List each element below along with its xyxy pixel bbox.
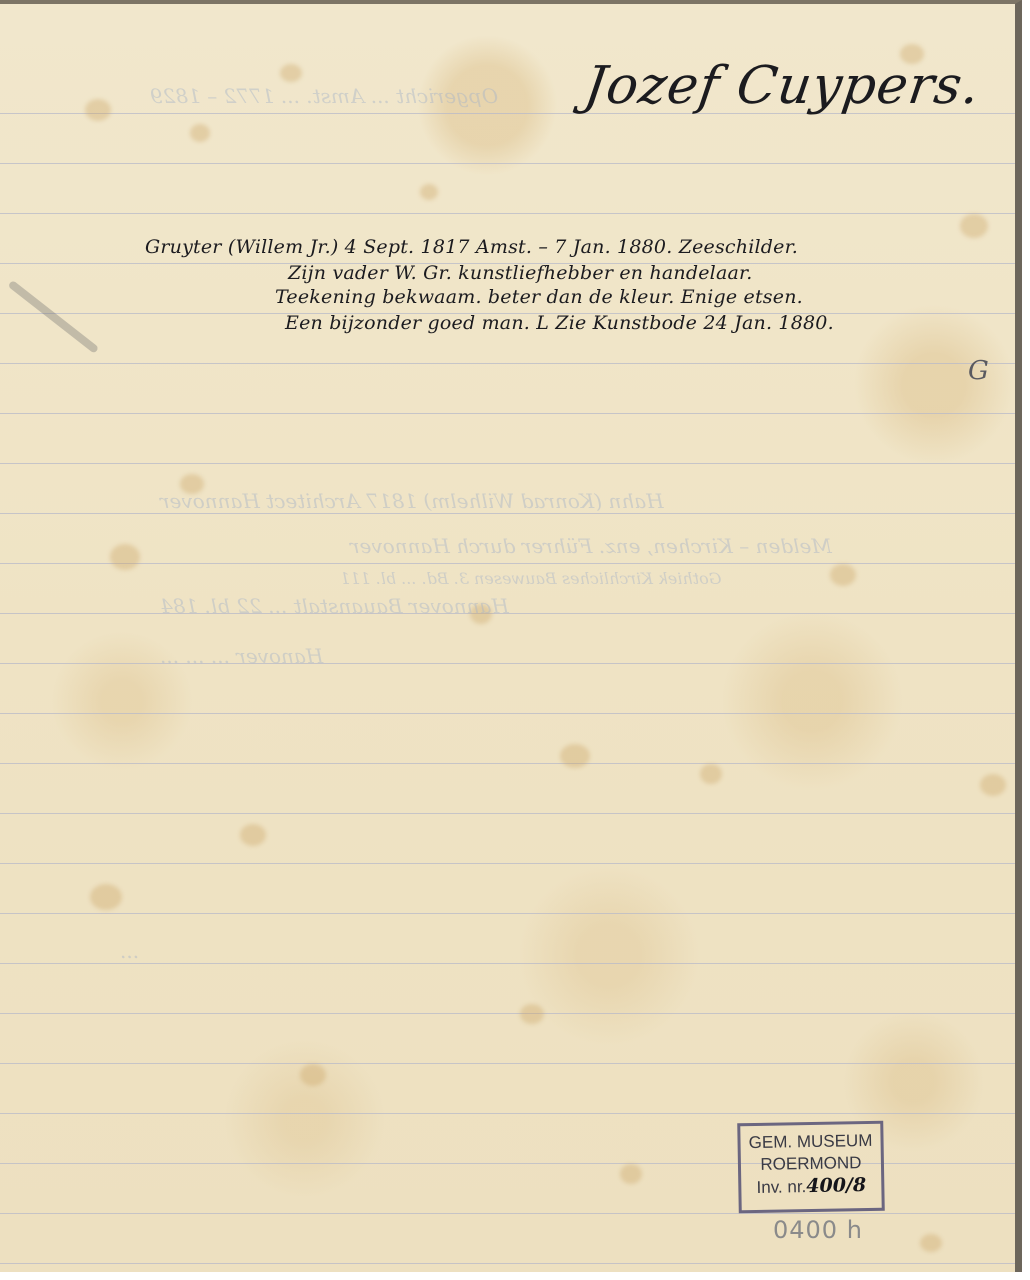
stamp-line-museum: GEM. MUSEUM [740,1130,880,1154]
entry-line-4: Een bijzonder goed man. L Zie Kunstbode … [285,312,834,334]
ruled-line [0,163,1015,164]
entry-line-1: Gruyter (Willem Jr.) 4 Sept. 1817 Amst. … [145,236,798,258]
bleed-through-text: Hanover ... ... ... [160,644,323,668]
foxing-stain [830,564,856,586]
ruled-line [0,413,1015,414]
catalog-number: 0400 h [773,1216,863,1244]
ruled-line [0,213,1015,214]
margin-mark: G [968,356,989,386]
ruled-line [0,513,1015,514]
foxing-stain [280,64,302,82]
ruled-line [0,1263,1015,1264]
foxing-stain [420,184,438,200]
foxing-stain [980,774,1006,796]
stamp-inventory: Inv. nr.400/8 [741,1174,881,1199]
page-heading: Jozef Cuypers. [581,56,984,116]
stamp-line-city: ROERMOND [741,1152,881,1176]
ruled-line [0,1213,1015,1214]
foxing-stain [700,764,722,784]
foxing-stain [920,1234,942,1252]
ruled-line [0,813,1015,814]
bleed-through-text: Hahn (Konrad Wilhelm) 1817 Architect Han… [160,489,664,513]
foxing-stain [110,544,140,570]
foxing-stain [190,124,210,142]
ruled-line [0,363,1015,364]
foxing-stain [85,99,111,121]
notebook-page: Opgericht ... Amst. ... 1772 – 1829 Hahn… [0,0,1022,1272]
ruled-line [0,963,1015,964]
bleed-through-text: ... [120,939,139,963]
stamp-inv-label: Inv. nr. [756,1177,806,1197]
bleed-through-text: Gothiek Kirchliches Bauwesen 3. Bd. ... … [340,569,722,588]
foxing-stain [240,824,266,846]
ruled-line [0,913,1015,914]
ruled-line [0,1013,1015,1014]
stamp-inv-number: 400/8 [806,1174,866,1197]
ruled-line [0,863,1015,864]
foxing-stain [620,1164,642,1184]
ruled-line [0,663,1015,664]
entry-line-3: Teekening bekwaam. beter dan de kleur. E… [275,286,803,308]
museum-stamp: GEM. MUSEUM ROERMOND Inv. nr.400/8 [737,1121,885,1214]
foxing-stain [300,1064,326,1086]
foxing-stain [960,214,988,238]
ruled-line [0,1063,1015,1064]
ruled-line [0,1113,1015,1114]
entry-line-2: Zijn vader W. Gr. kunstliefhebber en han… [288,262,752,284]
pencil-smudge [8,280,100,354]
bleed-through-text: Opgericht ... Amst. ... 1772 – 1829 [150,84,498,108]
ruled-line [0,563,1015,564]
ruled-line [0,463,1015,464]
ruled-line [0,713,1015,714]
foxing-stain [560,744,590,768]
foxing-stain [90,884,122,910]
bleed-through-text: Hannover Bauanstalt ... 22 bl. 184 [160,594,509,618]
foxing-stain [520,1004,544,1024]
bleed-through-text: Melden – Kirchen, enz. Führer durch Hann… [350,534,832,558]
ruled-line [0,763,1015,764]
